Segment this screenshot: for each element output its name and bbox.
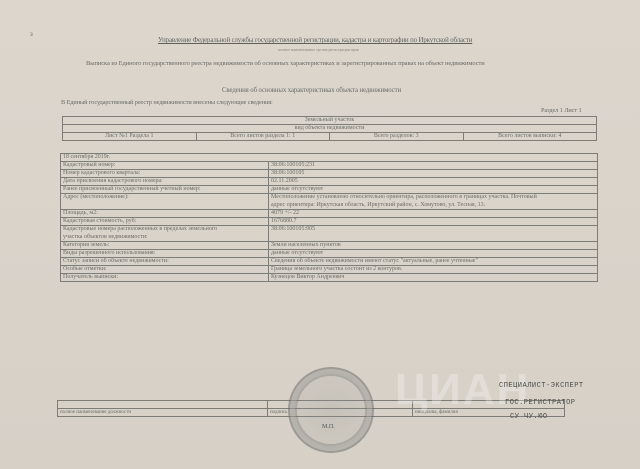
table-row: Номер кадастрового квартала: 38:06:10010… <box>61 170 598 178</box>
table-row: Особые отметки: Граница земельного участ… <box>61 266 598 274</box>
typed-title-specialist: СПЕЦИАЛИСТ-ЭКСПЕРТ <box>499 382 584 390</box>
table-row: Кадастровый номер: 38:06:100105:231 <box>61 162 598 170</box>
row-value: Земли населенных пунктов <box>269 242 598 250</box>
row-value: данные отсутствуют <box>269 250 598 258</box>
sheet-number: Лист №1 Раздела 1 <box>63 133 197 141</box>
typed-name: СУ ЧУ.ЮО <box>510 413 548 421</box>
row-value: Сведения об объекте недвижимости имеют с… <box>269 258 598 266</box>
object-type-table: Земельный участок вид объекта недвижимос… <box>62 116 597 141</box>
row-label: Категория земель: <box>61 242 269 250</box>
row-label: Кадастровые номера расположенных в преде… <box>63 226 266 234</box>
row-label: Особые отметки: <box>61 266 269 274</box>
table-row: Площадь, м2: 4079 +/- 22 <box>61 210 598 218</box>
row-value: 38:06:100105 <box>269 170 598 178</box>
row-value-line2: адрес ориентира: Иркутская область, Ирку… <box>271 202 595 210</box>
object-type: Земельный участок <box>63 117 597 125</box>
extract-title: Выписка из Единого государственного реес… <box>86 60 485 67</box>
total-sections: Всего разделов: 3 <box>330 133 464 141</box>
total-sheets: Всего листов выписки: 4 <box>463 133 597 141</box>
row-label-line2: участка объектов недвижимости: <box>63 234 266 242</box>
authority-note: полное наименование органа регистрации п… <box>278 47 359 52</box>
row-label: Кадастровый номер: <box>61 162 269 170</box>
object-type-caption: вид объекта недвижимости <box>63 125 597 133</box>
row-value: Местоположение установлено относительно … <box>271 194 595 202</box>
authority-title: Управление Федеральной службы государств… <box>158 37 472 44</box>
row-label: Номер кадастрового квартала: <box>61 170 269 178</box>
table-row: Получатель выписки: Кузнецов Виктор Андр… <box>61 274 598 282</box>
table-row: Кадастровые номера расположенных в преде… <box>61 226 598 242</box>
table-row: Категория земель: Земли населенных пункт… <box>61 242 598 250</box>
row-label: Дата присвоения кадастрового номера: <box>61 178 269 186</box>
typed-title-registrar: ГОС.РЕГИСТРАТОР <box>505 399 576 407</box>
stamp-label: М.П. <box>322 424 335 430</box>
table-row: Виды разрешенного использования: данные … <box>61 250 598 258</box>
row-value: 1676880.7 <box>269 218 598 226</box>
row-label: Площадь, м2: <box>61 210 269 218</box>
table-row: Ранее присвоенный государственный учетны… <box>61 186 598 194</box>
row-label: Виды разрешенного использования: <box>61 250 269 258</box>
row-value: Кузнецов Виктор Андреевич <box>269 274 598 282</box>
row-label: Адрес (местоположение): <box>61 194 269 210</box>
table-row: Статус записи об объекте недвижимости: С… <box>61 258 598 266</box>
extract-date: 18 сентября 2019г. <box>61 154 598 162</box>
row-value: 38:06:100105:905 <box>269 226 598 242</box>
table-row: Кадастровая стоимость, руб: 1676880.7 <box>61 218 598 226</box>
row-label: Получатель выписки: <box>61 274 269 282</box>
row-label: Кадастровая стоимость, руб: <box>61 218 269 226</box>
table-row: Адрес (местоположение): Местоположение у… <box>61 194 598 210</box>
row-label: Статус записи об объекте недвижимости: <box>61 258 269 266</box>
row-label: Ранее присвоенный государственный учетны… <box>61 186 269 194</box>
row-value: Граница земельного участка состоит из 2 … <box>269 266 598 274</box>
corner-mark: з <box>30 30 33 38</box>
row-value: данные отсутствуют <box>269 186 598 194</box>
position-caption: полное наименование должности <box>58 409 268 417</box>
intro-text: В Единый государственный реестр недвижим… <box>61 99 273 106</box>
row-value: 4079 +/- 22 <box>269 210 598 218</box>
section-title: Сведения об основных характеристиках объ… <box>222 87 401 94</box>
seal-stamp-icon <box>288 367 374 453</box>
watermark-logo: ЦИАН <box>395 365 530 415</box>
characteristics-table: 18 сентября 2019г. Кадастровый номер: 38… <box>60 153 598 282</box>
section-sheet-label: Раздел 1 Лист 1 <box>541 107 582 114</box>
row-value: 02.11.2005 <box>269 178 598 186</box>
table-row: Дата присвоения кадастрового номера: 02.… <box>61 178 598 186</box>
sheets-in-section: Всего листов раздела 1: 1 <box>196 133 330 141</box>
row-value: 38:06:100105:231 <box>269 162 598 170</box>
